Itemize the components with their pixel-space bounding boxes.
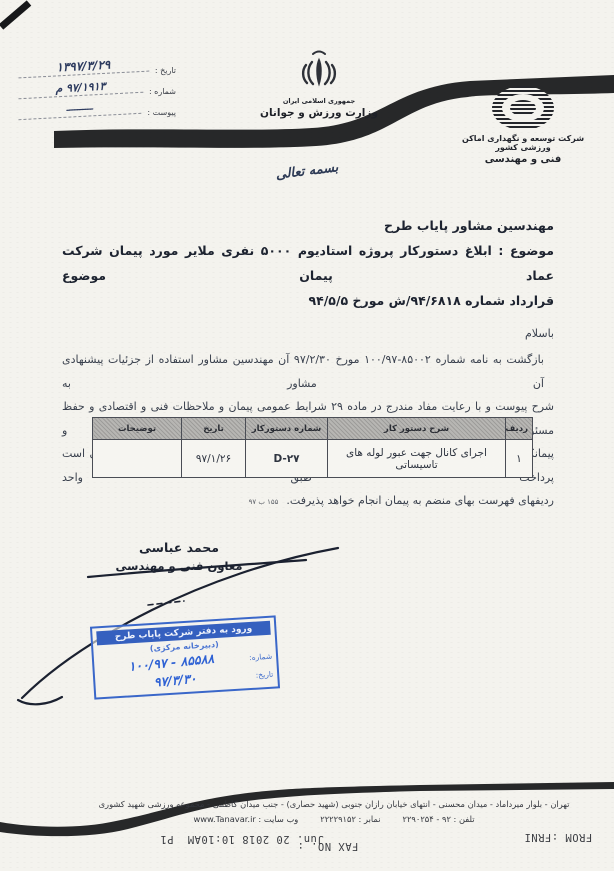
corner-fold-mark (1, 3, 29, 27)
table-header-row: ردیف شرح دستور کار شماره دستورکار تاریخ … (93, 418, 533, 440)
work-orders-table: ردیف شرح دستور کار شماره دستورکار تاریخ … (92, 417, 533, 478)
iran-emblem-icon (297, 48, 341, 96)
attachment-value-handwritten: ــــــــــ (18, 98, 142, 120)
footer-contact-line: تلفن : ۹۲ - ۲۲۹۰۲۵۴ نمابر : ۲۲۲۲۹۱۵۲ وب … (60, 814, 608, 824)
signatory-name: محمد عباسی (104, 540, 254, 555)
col-order-number: شماره دستورکار (246, 418, 328, 440)
footer-website: وب سایت : www.Tanavar.ir (193, 814, 298, 824)
fax-from-label: FROM :FRNI (524, 831, 592, 843)
table-row: ۱ اجرای کانال جهت عبور لوله های تاسیساتی… (93, 440, 533, 478)
footer-address: تهران - بلوار میرداماد - میدان محسنی - ا… (60, 799, 608, 809)
company-header: شرکت توسعه و نگهداری اماکن ورزشی کشور فن… (448, 86, 598, 165)
footer-phone: تلفن : ۹۲ - ۲۲۹۰۲۵۴ (403, 814, 475, 824)
ministry-country-label: جمهوری اسلامی ایران (258, 97, 380, 105)
stamp-number-label: شماره: (249, 652, 272, 662)
col-row-number: ردیف (506, 418, 533, 440)
contract-line: قرارداد شماره ۹۴/۶۸۱۸/ش مورخ ۹۴/۵/۵ (62, 288, 554, 313)
subject-line: موضوع : ابلاغ دستورکار پروژه استادیوم ۵۰… (62, 238, 554, 288)
footer-fax: نمابر : ۲۲۲۲۹۱۵۲ (320, 814, 380, 824)
scanned-letter-page: تاریخ : ۱۳۹۷/۳/۲۹ شماره : ۹۷/۱۹۱۳ م پیوس… (0, 0, 614, 871)
attachment-label: پیوست : (147, 108, 176, 117)
signature-block: محمد عباسی معاون فنی و مهندسی (104, 540, 254, 573)
cell-notes (93, 440, 182, 478)
body-reference-note: ۱۵۵ ب ۹۷ (249, 498, 279, 506)
letterhead-footer: تهران - بلوار میرداماد - میدان محسنی - ا… (60, 799, 608, 824)
ministry-name-label: وزارت ورزش و جوانان (258, 107, 380, 119)
cell-description: اجرای کانال جهت عبور لوله های تاسیساتی (328, 440, 506, 478)
company-division-label: فنی و مهندسی (448, 154, 598, 165)
signatory-title: معاون فنی و مهندسی (104, 559, 254, 573)
meta-date-row: تاریخ : ۱۳۹۷/۳/۲۹ (18, 54, 176, 75)
col-notes: توضیحات (93, 418, 182, 440)
company-name-label: شرکت توسعه و نگهداری اماکن ورزشی کشور (448, 134, 598, 152)
date-label: تاریخ : (155, 66, 176, 75)
besmele-handwritten: بسمه تعالی (251, 157, 362, 185)
cell-order-number: D-۲۷ (246, 440, 328, 478)
number-label: شماره : (149, 87, 176, 96)
col-description: شرح دستور کار (328, 418, 506, 440)
ministry-header: جمهوری اسلامی ایران وزارت ورزش و جوانان (258, 48, 380, 119)
receipt-stamp: ورود به دفتر شرکت پایاب طرح (دبیرخانه مر… (90, 615, 280, 699)
stamp-date-label: تاریخ: (255, 670, 273, 680)
company-logo-icon (492, 86, 554, 130)
body-line: ردیفهای فهرست بهای منضم به پیمان انجام خ… (62, 489, 554, 515)
meta-attachment-row: پیوست : ــــــــــ (18, 96, 176, 117)
salutation: باسلام (62, 327, 554, 340)
letter-meta-block: تاریخ : ۱۳۹۷/۳/۲۹ شماره : ۹۷/۱۹۱۳ م پیوس… (18, 54, 176, 117)
cell-date: ۹۷/۱/۲۶ (182, 440, 246, 478)
col-date: تاریخ (182, 418, 246, 440)
body-line: بازگشت به نامه شماره ۸۵۰۰۲-۱۰۰/۹۷ مورخ ۹… (62, 348, 554, 395)
fax-timestamp: Jun. 20 2018 10:10AM P1 (160, 833, 324, 845)
cell-row-number: ۱ (506, 440, 533, 478)
recipient-line: مهندسین مشاور پایاب طرح (62, 213, 554, 238)
fax-number-label: FAX NO. : (297, 840, 358, 852)
meta-number-row: شماره : ۹۷/۱۹۱۳ م (18, 75, 176, 96)
